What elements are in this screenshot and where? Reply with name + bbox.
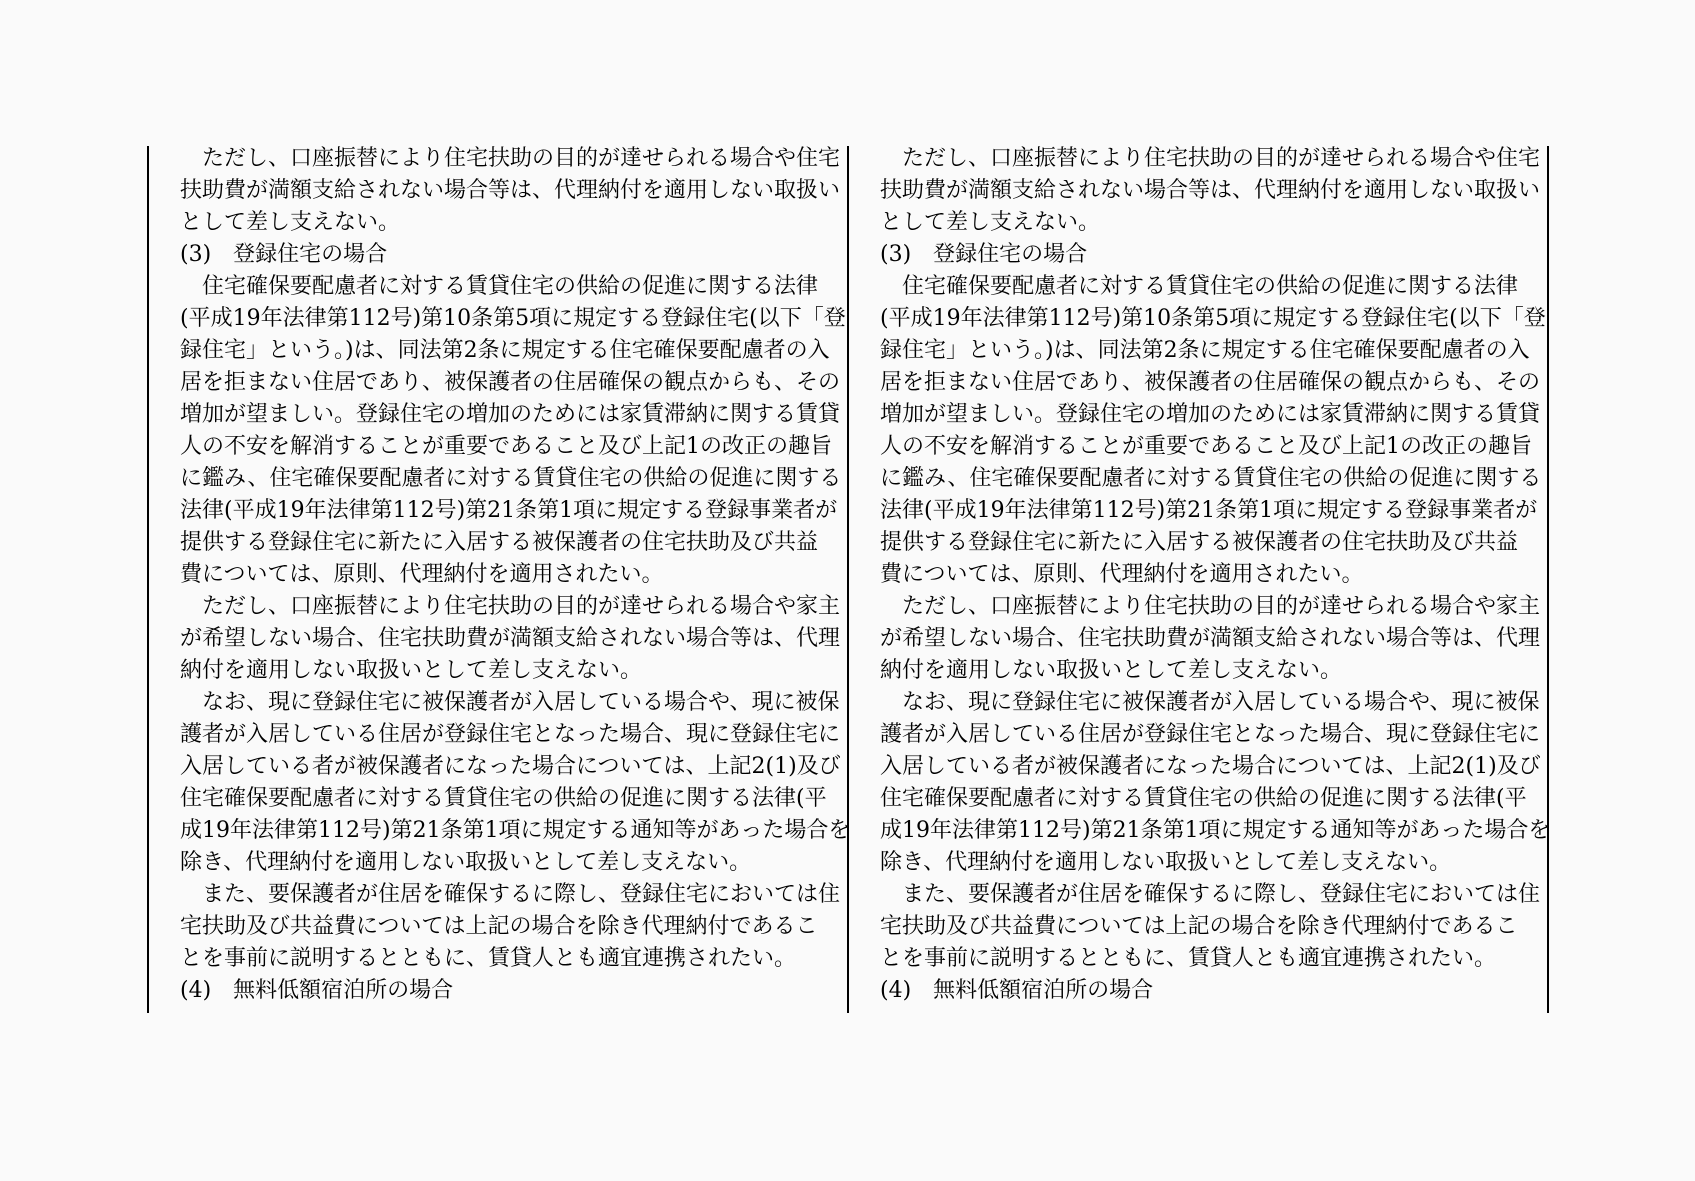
text-line: (3) 登録住宅の場合	[880, 239, 1548, 271]
text-line: 増加が望ましい。登録住宅の増加のためには家賃滞納に関する賃貸	[180, 399, 848, 431]
text-line: 納付を適用しない取扱いとして差し支えない。	[880, 655, 1548, 687]
text-line: なお、現に登録住宅に被保護者が入居している場合や、現に被保	[180, 687, 848, 719]
text-line: ただし、口座振替により住宅扶助の目的が達せられる場合や家主	[880, 591, 1548, 623]
text-line: 提供する登録住宅に新たに入居する被保護者の住宅扶助及び共益	[880, 527, 1548, 559]
text-line: が希望しない場合、住宅扶助費が満額支給されない場合等は、代理	[180, 623, 848, 655]
text-line: 入居している者が被保護者になった場合については、上記2(1)及び	[180, 751, 848, 783]
text-line: (平成19年法律第112号)第10条第5項に規定する登録住宅(以下「登	[880, 303, 1548, 335]
text-line: に鑑み、住宅確保要配慮者に対する賃貸住宅の供給の促進に関する	[180, 463, 848, 495]
text-line: なお、現に登録住宅に被保護者が入居している場合や、現に被保	[880, 687, 1548, 719]
text-line: 増加が望ましい。登録住宅の増加のためには家賃滞納に関する賃貸	[880, 399, 1548, 431]
text-line: 提供する登録住宅に新たに入居する被保護者の住宅扶助及び共益	[180, 527, 848, 559]
text-line: 護者が入居している住居が登録住宅となった場合、現に登録住宅に	[880, 719, 1548, 751]
text-line: 納付を適用しない取扱いとして差し支えない。	[180, 655, 848, 687]
text-line: 録住宅」という。)は、同法第2条に規定する住宅確保要配慮者の入	[880, 335, 1548, 367]
text-line: に鑑み、住宅確保要配慮者に対する賃貸住宅の供給の促進に関する	[880, 463, 1548, 495]
text-line: 扶助費が満額支給されない場合等は、代理納付を適用しない取扱い	[880, 175, 1548, 207]
text-line: 録住宅」という。)は、同法第2条に規定する住宅確保要配慮者の入	[180, 335, 848, 367]
page-left-border-line	[147, 146, 149, 1013]
text-line: とを事前に説明するとともに、賃貸人とも適宜連携されたい。	[880, 943, 1548, 975]
text-line: 法律(平成19年法律第112号)第21条第1項に規定する登録事業者が	[180, 495, 848, 527]
text-line: 居を拒まない住居であり、被保護者の住居確保の観点からも、その	[180, 367, 848, 399]
text-line: (4) 無料低額宿泊所の場合	[880, 975, 1548, 1007]
text-line: として差し支えない。	[880, 207, 1548, 239]
text-line: 費については、原則、代理納付を適用されたい。	[180, 559, 848, 591]
text-line: 護者が入居している住居が登録住宅となった場合、現に登録住宅に	[180, 719, 848, 751]
text-line: 除き、代理納付を適用しない取扱いとして差し支えない。	[880, 847, 1548, 879]
text-line: (4) 無料低額宿泊所の場合	[180, 975, 848, 1007]
text-line: が希望しない場合、住宅扶助費が満額支給されない場合等は、代理	[880, 623, 1548, 655]
page-right-text: ただし、口座振替により住宅扶助の目的が達せられる場合や住宅扶助費が満額支給されな…	[880, 143, 1548, 1007]
text-line: 住宅確保要配慮者に対する賃貸住宅の供給の促進に関する法律(平	[180, 783, 848, 815]
text-line: 成19年法律第112号)第21条第1項に規定する通知等があった場合を	[880, 815, 1548, 847]
text-line: (平成19年法律第112号)第10条第5項に規定する登録住宅(以下「登	[180, 303, 848, 335]
text-line: ただし、口座振替により住宅扶助の目的が達せられる場合や住宅	[880, 143, 1548, 175]
text-line: 入居している者が被保護者になった場合については、上記2(1)及び	[880, 751, 1548, 783]
text-line: 宅扶助及び共益費については上記の場合を除き代理納付であるこ	[180, 911, 848, 943]
text-line: 法律(平成19年法律第112号)第21条第1項に規定する登録事業者が	[880, 495, 1548, 527]
page-left-text: ただし、口座振替により住宅扶助の目的が達せられる場合や住宅扶助費が満額支給されな…	[180, 143, 848, 1007]
text-line: 人の不安を解消することが重要であること及び上記1の改正の趣旨	[180, 431, 848, 463]
document-viewer: ただし、口座振替により住宅扶助の目的が達せられる場合や住宅扶助費が満額支給されな…	[0, 0, 1695, 1181]
text-line: 費については、原則、代理納付を適用されたい。	[880, 559, 1548, 591]
text-line: 居を拒まない住居であり、被保護者の住居確保の観点からも、その	[880, 367, 1548, 399]
text-line: として差し支えない。	[180, 207, 848, 239]
text-line: 扶助費が満額支給されない場合等は、代理納付を適用しない取扱い	[180, 175, 848, 207]
text-line: また、要保護者が住居を確保するに際し、登録住宅においては住	[180, 879, 848, 911]
text-line: 宅扶助及び共益費については上記の場合を除き代理納付であるこ	[880, 911, 1548, 943]
text-line: とを事前に説明するとともに、賃貸人とも適宜連携されたい。	[180, 943, 848, 975]
text-line: (3) 登録住宅の場合	[180, 239, 848, 271]
text-line: 成19年法律第112号)第21条第1項に規定する通知等があった場合を	[180, 815, 848, 847]
text-line: 住宅確保要配慮者に対する賃貸住宅の供給の促進に関する法律(平	[880, 783, 1548, 815]
text-line: 人の不安を解消することが重要であること及び上記1の改正の趣旨	[880, 431, 1548, 463]
text-line: ただし、口座振替により住宅扶助の目的が達せられる場合や住宅	[180, 143, 848, 175]
text-line: ただし、口座振替により住宅扶助の目的が達せられる場合や家主	[180, 591, 848, 623]
text-line: 住宅確保要配慮者に対する賃貸住宅の供給の促進に関する法律	[180, 271, 848, 303]
text-line: また、要保護者が住居を確保するに際し、登録住宅においては住	[880, 879, 1548, 911]
text-line: 住宅確保要配慮者に対する賃貸住宅の供給の促進に関する法律	[880, 271, 1548, 303]
text-line: 除き、代理納付を適用しない取扱いとして差し支えない。	[180, 847, 848, 879]
